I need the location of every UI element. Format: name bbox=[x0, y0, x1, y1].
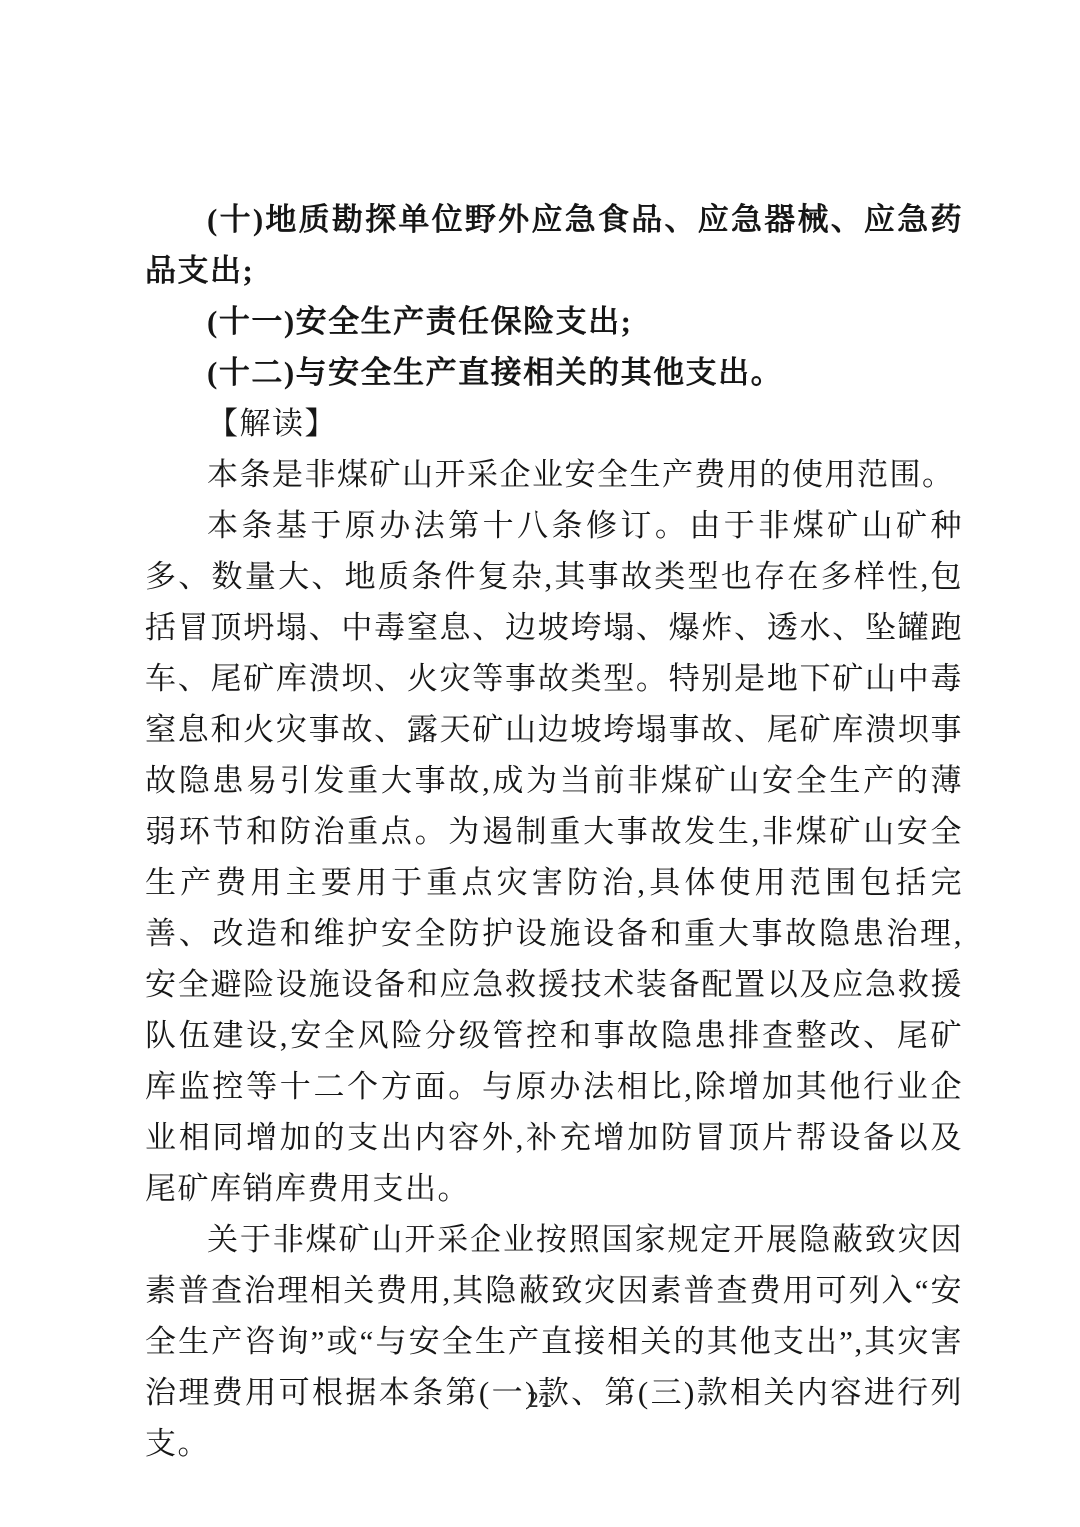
document-body: (十)地质勘探单位野外应急食品、应急器械、应急药品支出; (十一)安全生产责任保… bbox=[145, 194, 963, 1469]
clause-item-10: (十)地质勘探单位野外应急食品、应急器械、应急药品支出; bbox=[145, 194, 963, 296]
clause-item-12: (十二)与安全生产直接相关的其他支出。 bbox=[145, 347, 963, 398]
page-footer: 21 bbox=[0, 1388, 1080, 1412]
document-page: (十)地质勘探单位野外应急食品、应急器械、应急药品支出; (十一)安全生产责任保… bbox=[0, 0, 1080, 1527]
page-number: 21 bbox=[527, 1388, 553, 1412]
paragraph-hidden-hazard-fees: 关于非煤矿山开采企业按照国家规定开展隐蔽致灾因素普查治理相关费用,其隐蔽致灾因素… bbox=[145, 1214, 963, 1469]
clause-item-11: (十一)安全生产责任保险支出; bbox=[145, 296, 963, 347]
paragraph-revision-explanation: 本条基于原办法第十八条修订。由于非煤矿山矿种多、数量大、地质条件复杂,其事故类型… bbox=[145, 500, 963, 1214]
paragraph-usage-scope: 本条是非煤矿山开采企业安全生产费用的使用范围。 bbox=[145, 449, 963, 500]
interpretation-marker: 【解读】 bbox=[145, 398, 963, 449]
